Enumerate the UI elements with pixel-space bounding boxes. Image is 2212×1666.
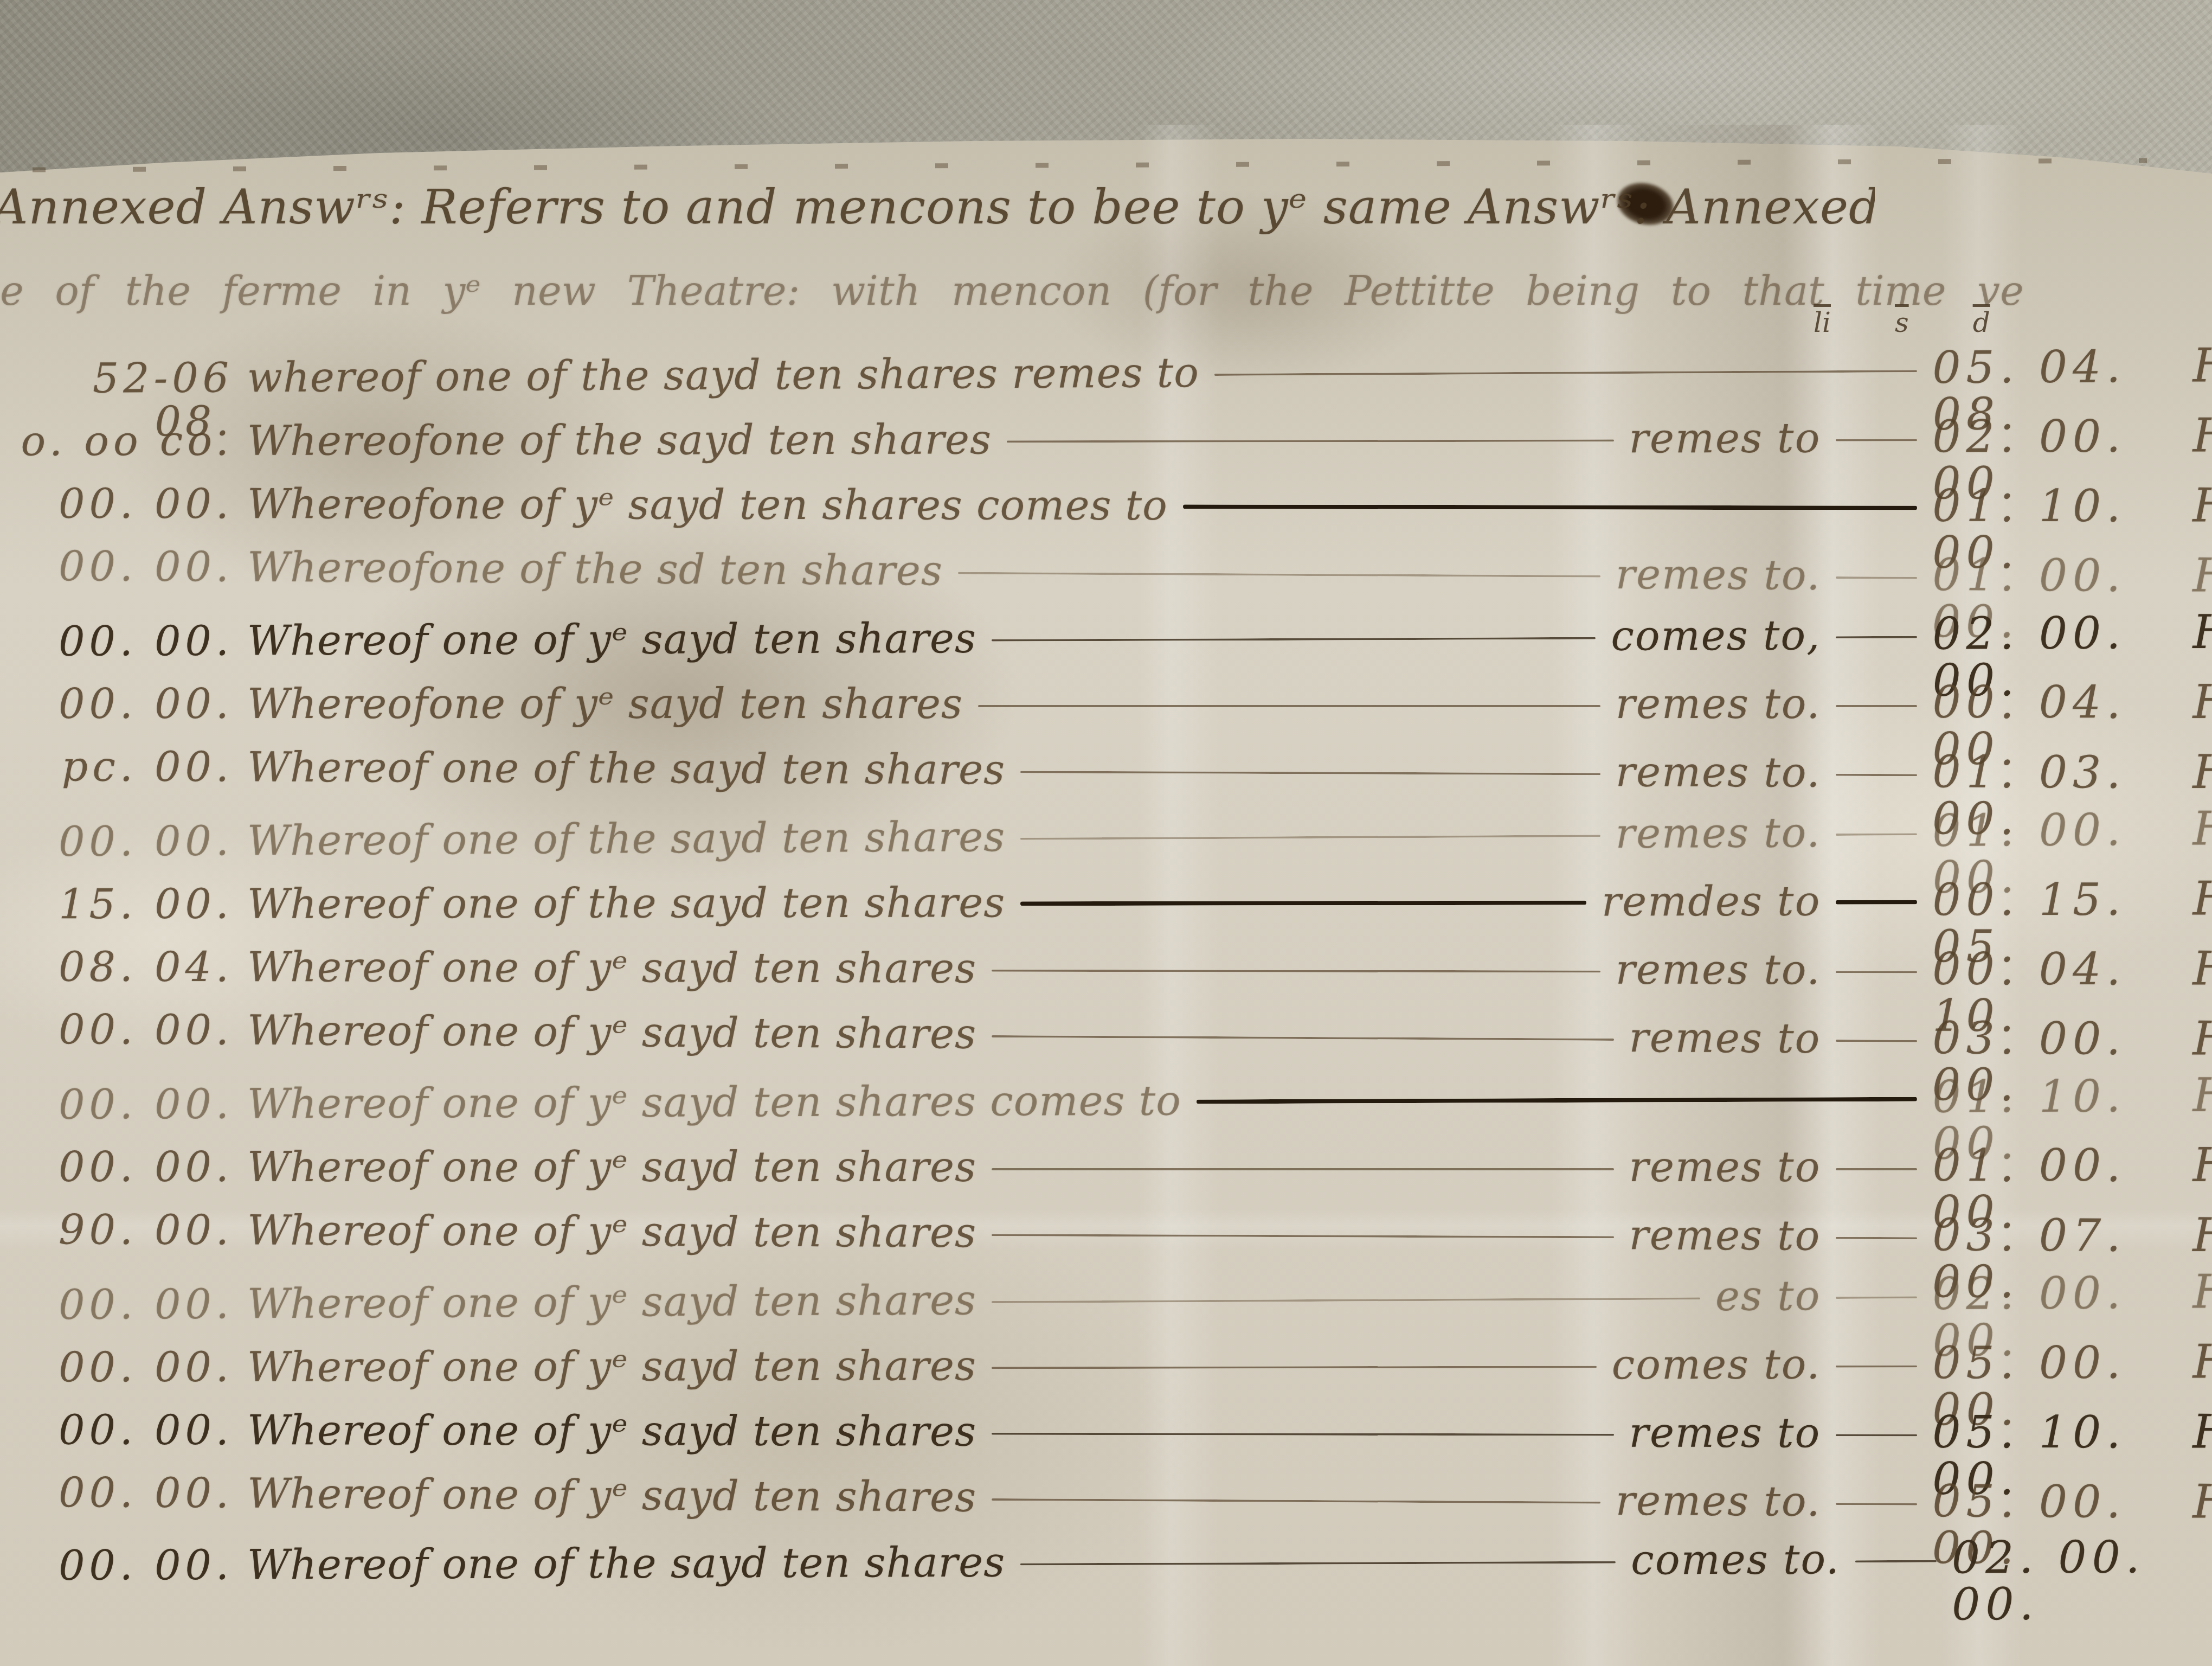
- ledger-row: 00. 00. Whereof one of yᵉ sayd ten share…: [0, 1404, 2212, 1473]
- ledger-row: 00. 00. Whereof one of yᵉ sayd ten share…: [0, 608, 2212, 682]
- entry-text: Whereof one of the sayd ten shares: [247, 745, 1005, 791]
- comes-to-phrase: remes to: [1629, 416, 1821, 460]
- ink-rule-short: [1836, 636, 1917, 639]
- ink-rule-short: [1836, 900, 1917, 904]
- ledger-rows: 52-06 08. whereof one of the sayd ten sh…: [0, 0, 2212, 1666]
- ledger-row: o. oo co. Whereofone of the sayd ten sha…: [0, 411, 2212, 481]
- entry-text: Whereof one of the sayd ten shares: [247, 1541, 1005, 1587]
- left-amount-fragment: 00. 00.: [0, 1408, 233, 1452]
- comes-to-phrase: comes to.: [1612, 1343, 1821, 1386]
- half-word: Half: [2192, 1407, 2212, 1457]
- ink-rule: [992, 1168, 1614, 1170]
- left-amount-fragment: 00. 00.: [0, 544, 233, 588]
- left-amount-fragment: 00. 00.: [0, 1007, 233, 1052]
- left-amount-fragment: 15. 00.: [0, 882, 233, 926]
- entry-text: Whereof one of the sayd ten shares: [247, 881, 1005, 925]
- comes-to-phrase: remes to.: [1616, 1479, 1821, 1523]
- comes-to-phrase: remdes to: [1602, 880, 1821, 924]
- left-amount-fragment: 00. 00.: [0, 1145, 233, 1189]
- ink-rule: [978, 705, 1600, 707]
- half-word: Half: [2192, 341, 2212, 390]
- entry-text: Whereof one of the sayd ten shares: [247, 815, 1006, 862]
- ledger-row: pc. 00. Whereof one of the sayd ten shar…: [0, 740, 2212, 814]
- ink-rule: [1020, 1561, 1616, 1566]
- left-amount-fragment: o. oo co.: [0, 419, 233, 463]
- half-word: Half: [2192, 607, 2212, 657]
- left-amount-fragment: 90. 00.: [0, 1208, 233, 1252]
- left-amount-fragment: 00. 00.: [0, 1082, 233, 1126]
- left-amount-fragment: 00. 00.: [0, 819, 233, 863]
- comes-to-phrase: remes to.: [1616, 682, 1821, 726]
- half-word: Half: [2192, 1337, 2212, 1387]
- half-word: Half: [2192, 874, 2212, 924]
- ink-rule: [992, 1035, 1614, 1041]
- comes-to-phrase: remes to.: [1616, 553, 1821, 597]
- ink-rule: [992, 1234, 1614, 1238]
- ink-rule-short: [1836, 1237, 1917, 1240]
- ink-rule-short: [1836, 774, 1917, 777]
- comes-to-phrase: remes to: [1629, 1145, 1821, 1189]
- ink-rule-short: [1836, 439, 1917, 441]
- comes-to-phrase: es to: [1715, 1274, 1821, 1318]
- entry-text: Whereof one of yᵉ sayd ten shares: [247, 1344, 976, 1388]
- left-amount-fragment: 00. 00.: [0, 682, 233, 726]
- entry-text: Whereof one of yᵉ sayd ten shares: [247, 1009, 976, 1056]
- ink-rule: [992, 1433, 1614, 1436]
- left-amount-fragment: 00. 00.: [0, 1470, 233, 1515]
- ledger-row: 00. 00. Whereof one of the sayd ten shar…: [0, 1534, 2212, 1608]
- ink-rule: [1214, 370, 1917, 376]
- comes-to-phrase: remes to: [1629, 1411, 1821, 1454]
- entry-text: Whereof one of yᵉ sayd ten shares: [247, 1408, 976, 1453]
- left-amount-fragment: 00. 00.: [0, 1282, 233, 1327]
- ledger-row: 00. 00. Whereofone of yᵉ sayd ten shares…: [0, 678, 2212, 744]
- comes-to-phrase: remes to.: [1616, 750, 1821, 794]
- half-word: Half: [2192, 1267, 2212, 1317]
- left-amount-fragment: 00. 00.: [0, 619, 233, 663]
- ink-rule-short: [1836, 833, 1917, 836]
- entry-text: Whereof one of yᵉ sayd ten shares: [247, 617, 976, 662]
- ink-rule-short: [1836, 1168, 1917, 1170]
- ledger-row: 15. 00. Whereof one of the sayd ten shar…: [0, 874, 2212, 944]
- half-word: Half: [2192, 1211, 2212, 1260]
- ledger-row: 00. 00. Whereof one of yᵉ sayd ten share…: [0, 1466, 2212, 1543]
- comes-to-phrase: remes to.: [1616, 948, 1821, 991]
- ink-rule: [992, 1498, 1600, 1504]
- ink-rule: [1007, 439, 1614, 443]
- ledger-row: 00. 00. Whereof one of yᵉ sayd ten share…: [0, 1337, 2212, 1407]
- ink-rule-short: [1836, 1503, 1917, 1505]
- ink-rule-short: [1836, 576, 1917, 579]
- comes-to-phrase: remes to: [1629, 1213, 1821, 1257]
- ink-rule: [1197, 1097, 1917, 1104]
- entry-text: Whereof one of yᵉ sayd ten shares: [247, 1208, 976, 1254]
- ledger-row: 00. 00. Whereof one of yᵉ sayd ten share…: [0, 1141, 2212, 1207]
- ledger-row: 90. 00. Whereof one of yᵉ sayd ten share…: [0, 1203, 2212, 1277]
- left-amount-fragment: 00. 00.: [0, 1543, 233, 1587]
- left-amount-fragment: 00. 00.: [0, 1345, 233, 1389]
- ink-rule: [992, 637, 1596, 642]
- ledger-row: 08. 04. Whereof one of yᵉ sayd ten share…: [0, 940, 2212, 1010]
- ledger-row: 00. 00. Whereofone of the sd ten shares …: [0, 540, 2212, 617]
- ink-rule-short: [1836, 971, 1917, 973]
- half-word: Half: [2192, 804, 2212, 854]
- entry-text: Whereofone of the sd ten shares: [247, 546, 943, 593]
- comes-to-phrase: remes to: [1629, 1016, 1821, 1060]
- ink-rule-short: [1836, 1296, 1917, 1299]
- ink-rule-short: [1836, 705, 1917, 707]
- half-word: Half: [2192, 678, 2212, 727]
- entry-text: Whereof one of yᵉ sayd ten shares: [247, 1145, 976, 1189]
- ink-rule: [958, 572, 1600, 578]
- ledger-row: 00. 00. Whereof one of yᵉ sayd ten share…: [0, 1267, 2212, 1345]
- comes-to-phrase: remes to.: [1615, 811, 1821, 855]
- left-amount-fragment: 00. 00.: [0, 482, 233, 526]
- ink-rule-short: [1836, 1040, 1917, 1042]
- left-amount-fragment: pc. 00.: [0, 745, 233, 789]
- ink-rule: [1020, 835, 1600, 840]
- ink-rule-short: [1836, 1365, 1917, 1367]
- ink-rule: [1183, 504, 1918, 510]
- entry-text: Whereof one of yᵉ sayd ten shares: [247, 1472, 976, 1519]
- ink-rule: [992, 1297, 1700, 1303]
- entry-text: whereof one of the sayd ten shares remes…: [247, 351, 1199, 399]
- ink-rule: [1020, 900, 1586, 906]
- amount-value: 02. 00. 00.: [1952, 1534, 2212, 1629]
- entry-text: Whereof one of yᵉ sayd ten shares: [247, 1278, 976, 1325]
- entry-text: Whereofone of yᵉ sayd ten shares comes t…: [247, 482, 1168, 527]
- ink-rule: [992, 1366, 1597, 1369]
- ink-rule-short: [1836, 1434, 1917, 1436]
- half-word: Half: [2192, 1141, 2212, 1190]
- comes-to-phrase: comes to,: [1611, 613, 1821, 657]
- entry-text: Whereof one of yᵉ sayd ten shares: [247, 945, 976, 990]
- ink-rule: [1020, 771, 1600, 775]
- entry-text: Whereofone of yᵉ sayd ten shares: [247, 682, 963, 726]
- ledger-row: 00. 00. Whereof one of the sayd ten shar…: [0, 804, 2212, 882]
- ledger-row: 00. 00. Whereof one of yᵉ sayd ten share…: [0, 1071, 2212, 1145]
- ink-rule: [992, 970, 1600, 973]
- ledger-row: 52-06 08. whereof one of the sayd ten sh…: [0, 341, 2212, 419]
- half-word: Half: [2192, 411, 2212, 460]
- half-word: Half: [2192, 481, 2212, 530]
- half-word: Half: [2192, 748, 2212, 797]
- half-word: Half: [2192, 1014, 2212, 1063]
- entry-text: Whereof one of yᵉ sayd ten shares comes …: [247, 1079, 1181, 1126]
- left-amount-fragment: 08. 04.: [0, 945, 233, 989]
- entry-text: Whereofone of the sayd ten shares: [247, 418, 992, 462]
- half-word: Half: [2192, 551, 2212, 600]
- comes-to-phrase: comes to.: [1631, 1537, 1840, 1581]
- ink-rule-short: [1855, 1560, 1937, 1563]
- half-word: Half: [2192, 1071, 2212, 1120]
- ledger-row: 00. 00. Whereofone of yᵉ sayd ten shares…: [0, 477, 2212, 547]
- manuscript-photo: Annexed Answʳˢ: Referrs to and mencons t…: [0, 0, 2212, 1666]
- half-word: Half: [2192, 1477, 2212, 1527]
- half-word: Half: [2192, 944, 2212, 994]
- ledger-row: 00. 00. Whereof one of yᵉ sayd ten share…: [0, 1003, 2212, 1080]
